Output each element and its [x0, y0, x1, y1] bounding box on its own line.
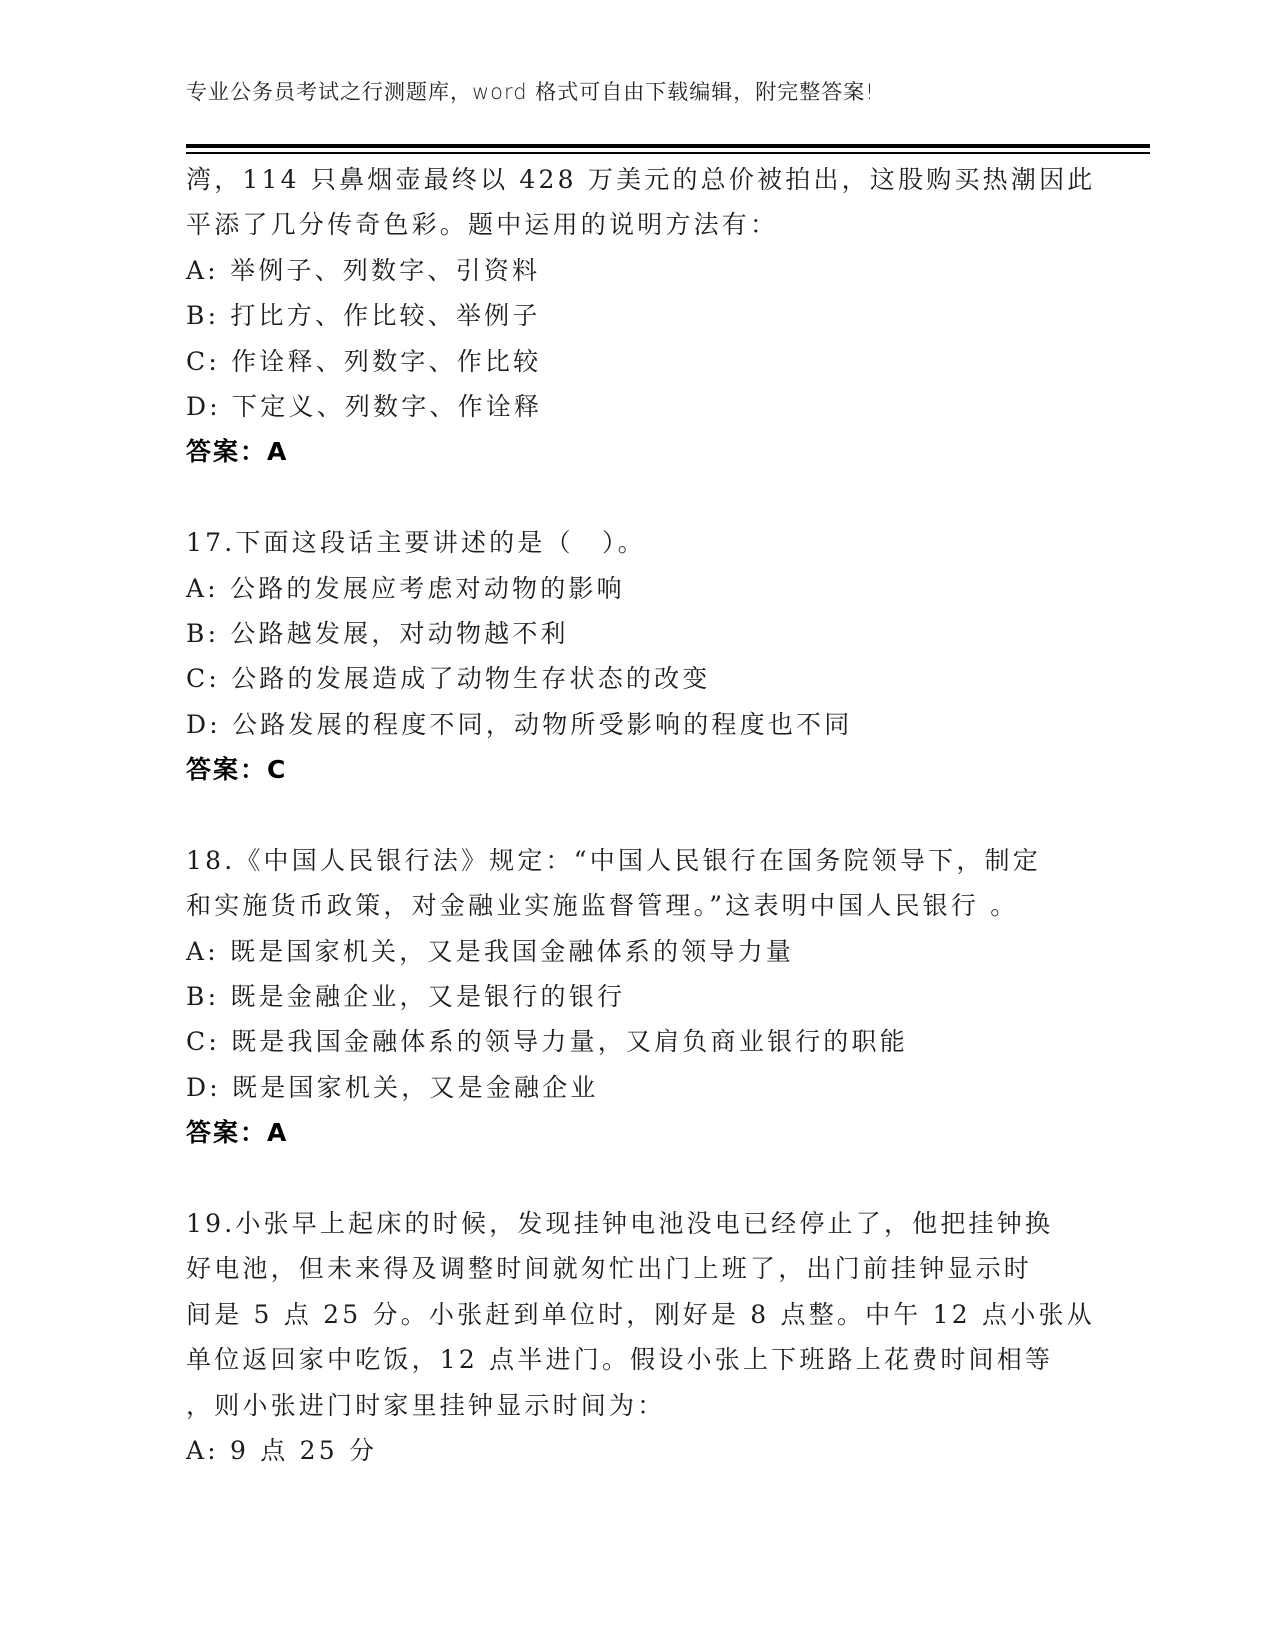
answer: 答案：C [186, 747, 1086, 792]
question-stem-line: 间是 5 点 25 分。小张赶到单位时，刚好是 8 点整。中午 12 点小张从 [186, 1292, 1086, 1337]
option-a: A: 既是国家机关，又是我国金融体系的领导力量 [186, 929, 1086, 974]
option-c: C: 作诠释、列数字、作比较 [186, 339, 1086, 384]
option-a: A: 公路的发展应考虑对动物的影响 [186, 566, 1086, 611]
question-stem-line: 19.小张早上起床的时候，发现挂钟电池没电已经停止了，他把挂钟换 [186, 1201, 1086, 1246]
question-17: 17.下面这段话主要讲述的是（ ）。 A: 公路的发展应考虑对动物的影响 B: … [186, 520, 1086, 792]
question-stem-line: 平添了几分传奇色彩。题中运用的说明方法有： [186, 202, 1086, 247]
question-stem-line: 18.《中国人民银行法》规定：“中国人民银行在国务院领导下，制定 [186, 838, 1086, 883]
question-stem-line: 好电池，但未来得及调整时间就匆忙出门上班了，出门前挂钟显示时 [186, 1246, 1086, 1291]
option-a: A: 9 点 25 分 [186, 1428, 1086, 1473]
question-stem-line: 单位返回家中吃饭，12 点半进门。假设小张上下班路上花费时间相等 [186, 1337, 1086, 1382]
option-d: D: 公路发展的程度不同，动物所受影响的程度也不同 [186, 702, 1086, 747]
option-b: B: 既是金融企业，又是银行的银行 [186, 974, 1086, 1019]
page-header: 专业公务员考试之行测题库，word 格式可自由下载编辑，附完整答案! [186, 76, 875, 106]
option-b: B: 打比方、作比较、举例子 [186, 293, 1086, 338]
spacer [186, 792, 1086, 837]
option-d: D: 既是国家机关，又是金融企业 [186, 1065, 1086, 1110]
option-c: C: 公路的发展造成了动物生存状态的改变 [186, 656, 1086, 701]
option-a: A: 举例子、列数字、引资料 [186, 248, 1086, 293]
question-16: 湾，114 只鼻烟壶最终以 428 万美元的总价被拍出，这股购买热潮因此 平添了… [186, 157, 1086, 475]
answer: 答案：A [186, 1110, 1086, 1155]
question-18: 18.《中国人民银行法》规定：“中国人民银行在国务院领导下，制定 和实施货币政策… [186, 838, 1086, 1156]
spacer [186, 475, 1086, 520]
answer: 答案：A [186, 429, 1086, 474]
question-stem-line: 湾，114 只鼻烟壶最终以 428 万美元的总价被拍出，这股购买热潮因此 [186, 157, 1086, 202]
document-body: 湾，114 只鼻烟壶最终以 428 万美元的总价被拍出，这股购买热潮因此 平添了… [186, 157, 1086, 1473]
option-d: D: 下定义、列数字、作诠释 [186, 384, 1086, 429]
option-b: B: 公路越发展，对动物越不利 [186, 611, 1086, 656]
question-stem-line: 17.下面这段话主要讲述的是（ ）。 [186, 520, 1086, 565]
option-c: C: 既是我国金融体系的领导力量，又肩负商业银行的职能 [186, 1019, 1086, 1064]
question-stem-line: ，则小张进门时家里挂钟显示时间为： [186, 1383, 1086, 1428]
question-19: 19.小张早上起床的时候，发现挂钟电池没电已经停止了，他把挂钟换 好电池，但未来… [186, 1201, 1086, 1473]
spacer [186, 1156, 1086, 1201]
header-rule-gap [186, 148, 1150, 150]
question-stem-line: 和实施货币政策，对金融业实施监督管理。”这表明中国人民银行 。 [186, 883, 1086, 928]
